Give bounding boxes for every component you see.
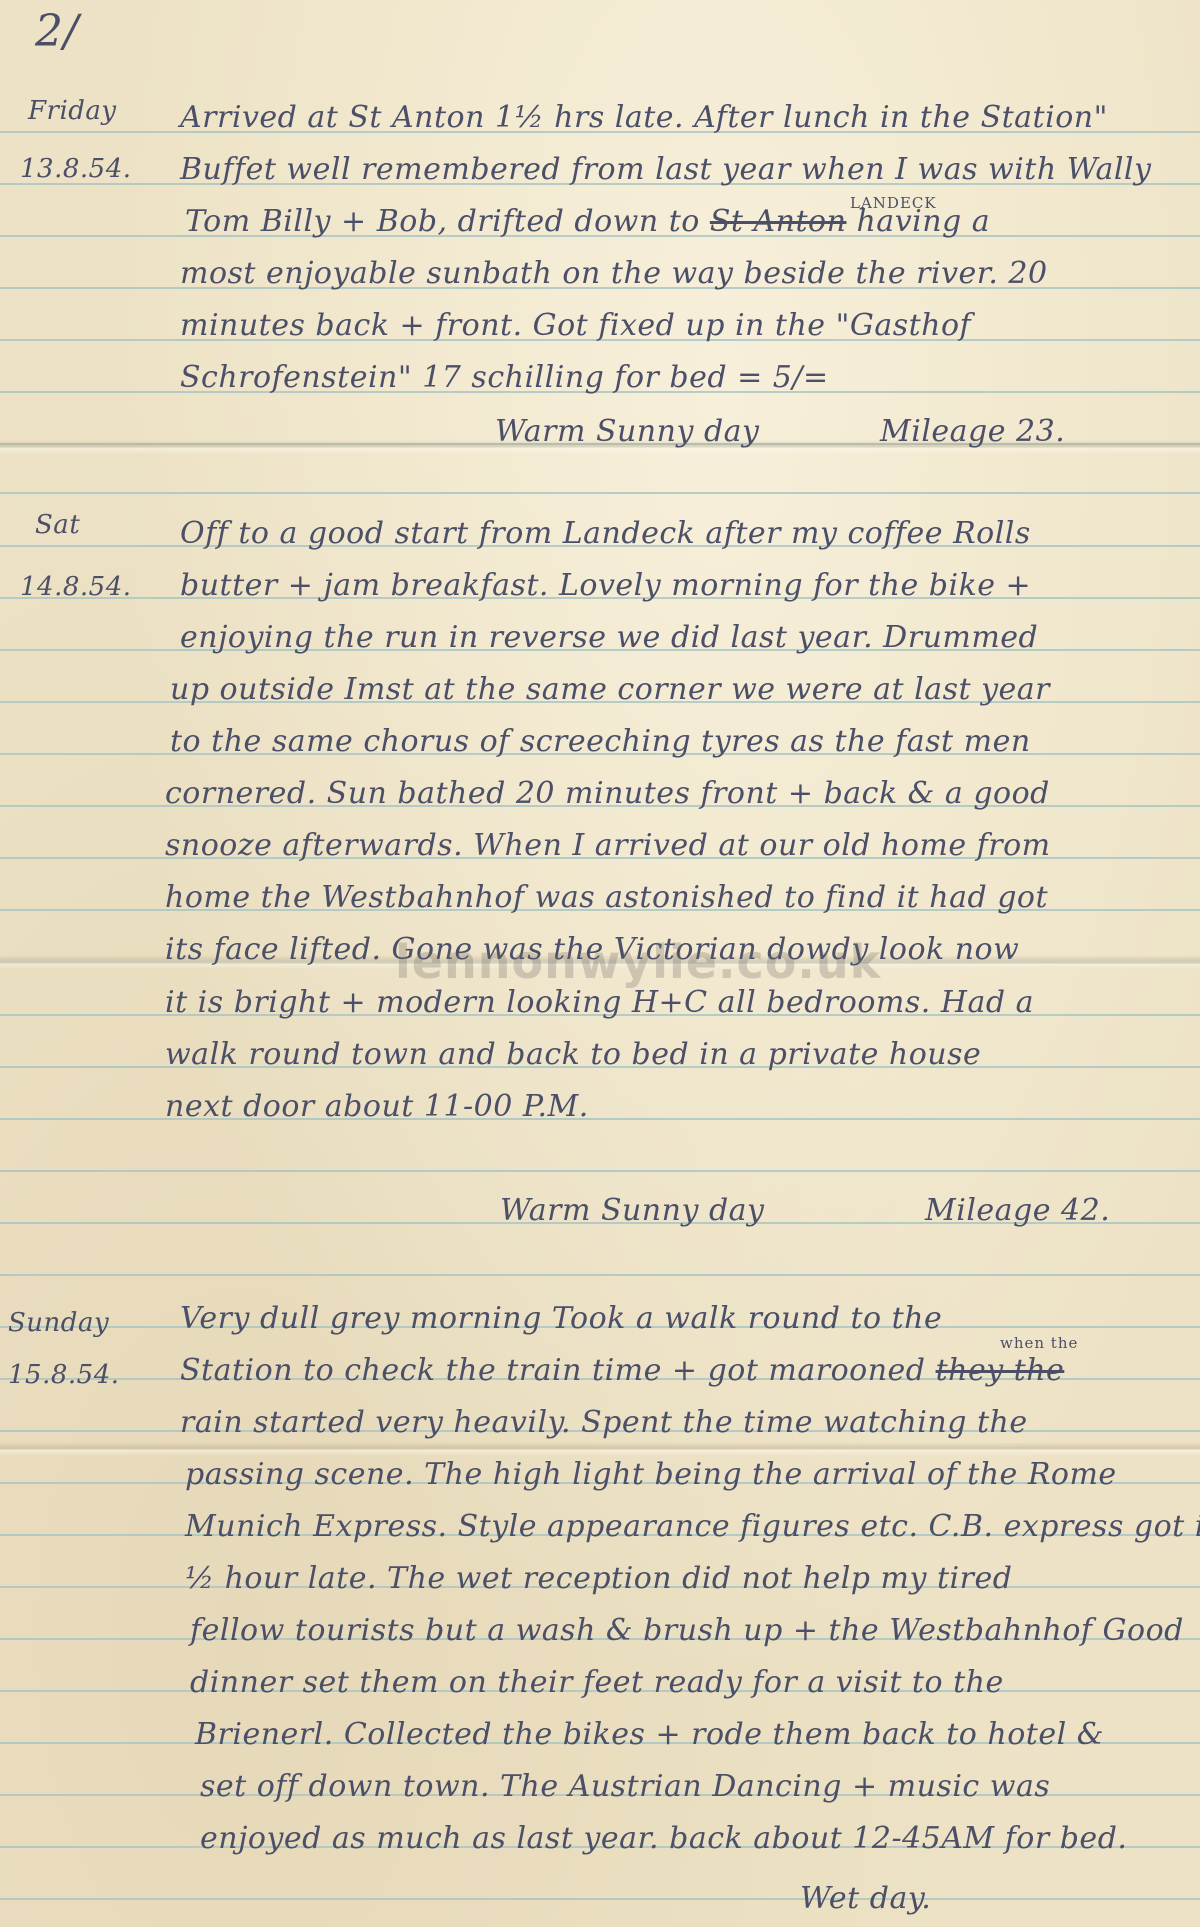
entry-line: Station to check the train time + got ma… — [180, 1356, 1064, 1386]
entry-line: up outside Imst at the same corner we we… — [170, 675, 1050, 705]
paper-fold — [0, 1442, 1200, 1456]
entry-line: Very dull grey morning Took a walk round… — [180, 1304, 942, 1334]
entry-line: butter + jam breakfast. Lovely morning f… — [180, 571, 1031, 601]
entry-line: home the Westbahnhof was astonished to f… — [165, 883, 1048, 913]
rule-line — [0, 1274, 1200, 1276]
entry-line: rain started very heavily. Spent the tim… — [180, 1408, 1028, 1438]
inserted-correction: when the — [1000, 1336, 1078, 1351]
entry-line: Off to a good start from Landeck after m… — [180, 519, 1031, 549]
entry-line: cornered. Sun bathed 20 minutes front + … — [165, 779, 1050, 809]
rule-line — [0, 492, 1200, 494]
mileage-note: Mileage 23. — [880, 417, 1065, 447]
weather-note: Wet day. — [800, 1884, 931, 1914]
entry-line: set off down town. The Austrian Dancing … — [200, 1772, 1050, 1802]
entry-line: most enjoyable sunbath on the way beside… — [180, 259, 1048, 289]
entry-line: enjoying the run in reverse we did last … — [180, 623, 1038, 653]
entry-line: Arrived at St Anton 1½ hrs late. After l… — [180, 103, 1108, 133]
struck-text: St Anton — [710, 204, 847, 239]
entry-line: Munich Express. Style appearance figures… — [185, 1512, 1200, 1542]
struck-text: they the — [936, 1353, 1065, 1388]
entry-line: Buffet well remembered from last year wh… — [180, 155, 1151, 185]
mileage-note: Mileage 42. — [925, 1196, 1110, 1226]
weather-note: Warm Sunny day — [495, 417, 759, 447]
entry-line: snooze afterwards. When I arrived at our… — [165, 831, 1051, 861]
entry-date: 15.8.54. — [8, 1362, 120, 1388]
entry-line: dinner set them on their feet ready for … — [190, 1668, 1004, 1698]
entry-day: Sat — [35, 512, 80, 538]
entry-line: Schrofenstein" 17 schilling for bed = 5/… — [180, 363, 829, 393]
page-number: 2/ — [35, 10, 79, 54]
entry-line: Brienerl. Collected the bikes + rode the… — [195, 1720, 1104, 1750]
entry-date: 13.8.54. — [20, 156, 132, 182]
line-text: Tom Billy + Bob, drifted down to — [185, 204, 700, 239]
entry-day: Sunday — [8, 1310, 109, 1336]
rule-line — [0, 1898, 1200, 1900]
entry-line: enjoyed as much as last year. back about… — [200, 1824, 1127, 1854]
watermark: lennonwylie.co.uk — [395, 935, 881, 989]
entry-line: fellow tourists but a wash & brush up + … — [190, 1616, 1184, 1646]
diary-page: 2/ Friday 13.8.54. Arrived at St Anton 1… — [0, 0, 1200, 1927]
entry-line: passing scene. The high light being the … — [185, 1460, 1117, 1490]
entry-day: Friday — [28, 98, 117, 124]
inserted-correction: LANDECK — [850, 196, 937, 211]
weather-note: Warm Sunny day — [500, 1196, 764, 1226]
entry-line: next door about 11-00 P.M. — [165, 1092, 589, 1122]
entry-line: it is bright + modern looking H+C all be… — [165, 988, 1034, 1018]
entry-date: 14.8.54. — [20, 574, 132, 600]
rule-line — [0, 1170, 1200, 1172]
entry-line: to the same chorus of screeching tyres a… — [170, 727, 1031, 757]
entry-line: walk round town and back to bed in a pri… — [165, 1040, 981, 1070]
entry-line: ½ hour late. The wet reception did not h… — [185, 1564, 1012, 1594]
line-text: Station to check the train time + got ma… — [180, 1353, 926, 1388]
entry-line: minutes back + front. Got fixed up in th… — [180, 311, 971, 341]
